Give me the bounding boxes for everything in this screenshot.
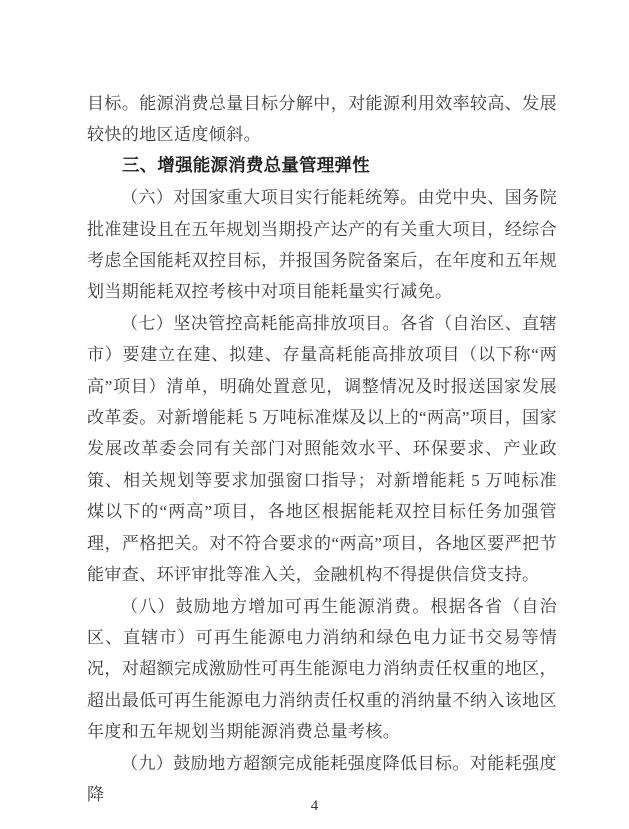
section-heading: 三、增强能源消费总量管理弹性 xyxy=(87,151,557,182)
paragraph-item-8: （八）鼓励地方增加可再生能源消费。根据各省（自治区、直辖市）可再生能源电力消纳和… xyxy=(87,591,557,748)
intro-continuation-paragraph: 目标。能源消费总量目标分解中，对能源利用效率较高、发展较快的地区适度倾斜。 xyxy=(87,88,557,151)
page-number: 4 xyxy=(0,798,629,815)
paragraph-item-6: （六）对国家重大项目实行能耗统筹。由党中央、国务院批准建设且在五年规划当期投产达… xyxy=(87,182,557,308)
paragraph-item-7: （七）坚决管控高耗能高排放项目。各省（自治区、直辖市）要建立在建、拟建、存量高耗… xyxy=(87,308,557,591)
document-text-block: 目标。能源消费总量目标分解中，对能源利用效率较高、发展较快的地区适度倾斜。 三、… xyxy=(87,88,557,810)
document-page: 目标。能源消费总量目标分解中，对能源利用效率较高、发展较快的地区适度倾斜。 三、… xyxy=(0,0,629,829)
